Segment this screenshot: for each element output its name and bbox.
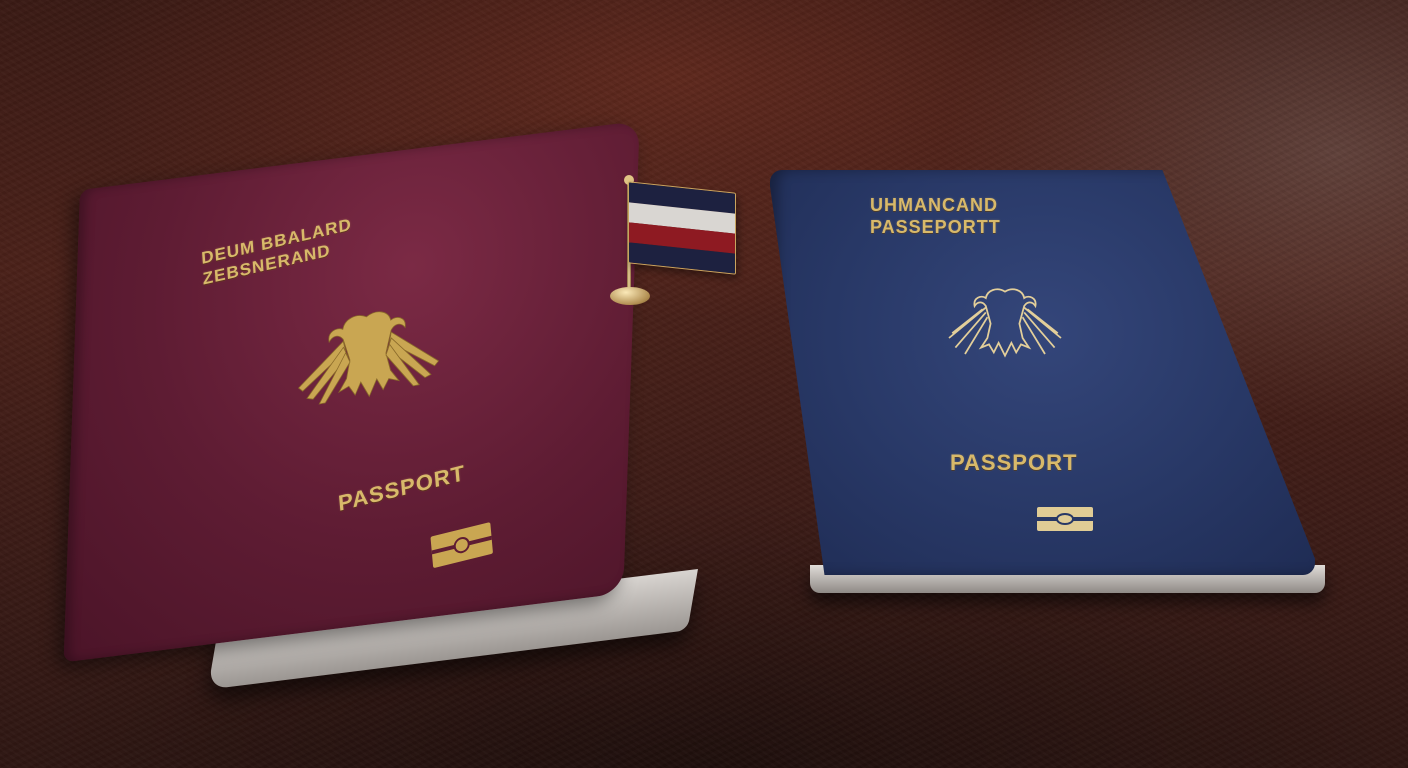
cover-title: DEUM BBALARD ZEBSNERAND (201, 214, 354, 290)
passport-cover: DEUM BBALARD ZEBSNERAND PASSPORT (64, 121, 640, 662)
biometric-chip-icon (1036, 506, 1094, 532)
cover-title-line-2: PASSEPORTT (870, 216, 1001, 238)
passport-label: PASSPORT (337, 460, 466, 517)
eagle-icon (286, 289, 449, 419)
cover-title: UHMANCAND PASSEPORTT (870, 194, 1001, 238)
eagle-icon (940, 282, 1070, 362)
passport-cover: UHMANCAND PASSEPORTT PASSPORT (770, 170, 1315, 575)
flag-base (610, 287, 650, 305)
scene: DEUM BBALARD ZEBSNERAND PASSPORT (0, 0, 1408, 768)
cover-title-line-1: UHMANCAND (870, 194, 1001, 216)
blue-passport: UHMANCAND PASSEPORTT PASSPORT (770, 170, 1315, 575)
desk-flag (606, 175, 746, 315)
passport-label: PASSPORT (950, 450, 1077, 476)
flag-cloth (628, 181, 736, 274)
biometric-chip-icon (429, 521, 494, 570)
burgundy-passport: DEUM BBALARD ZEBSNERAND PASSPORT (64, 121, 640, 662)
